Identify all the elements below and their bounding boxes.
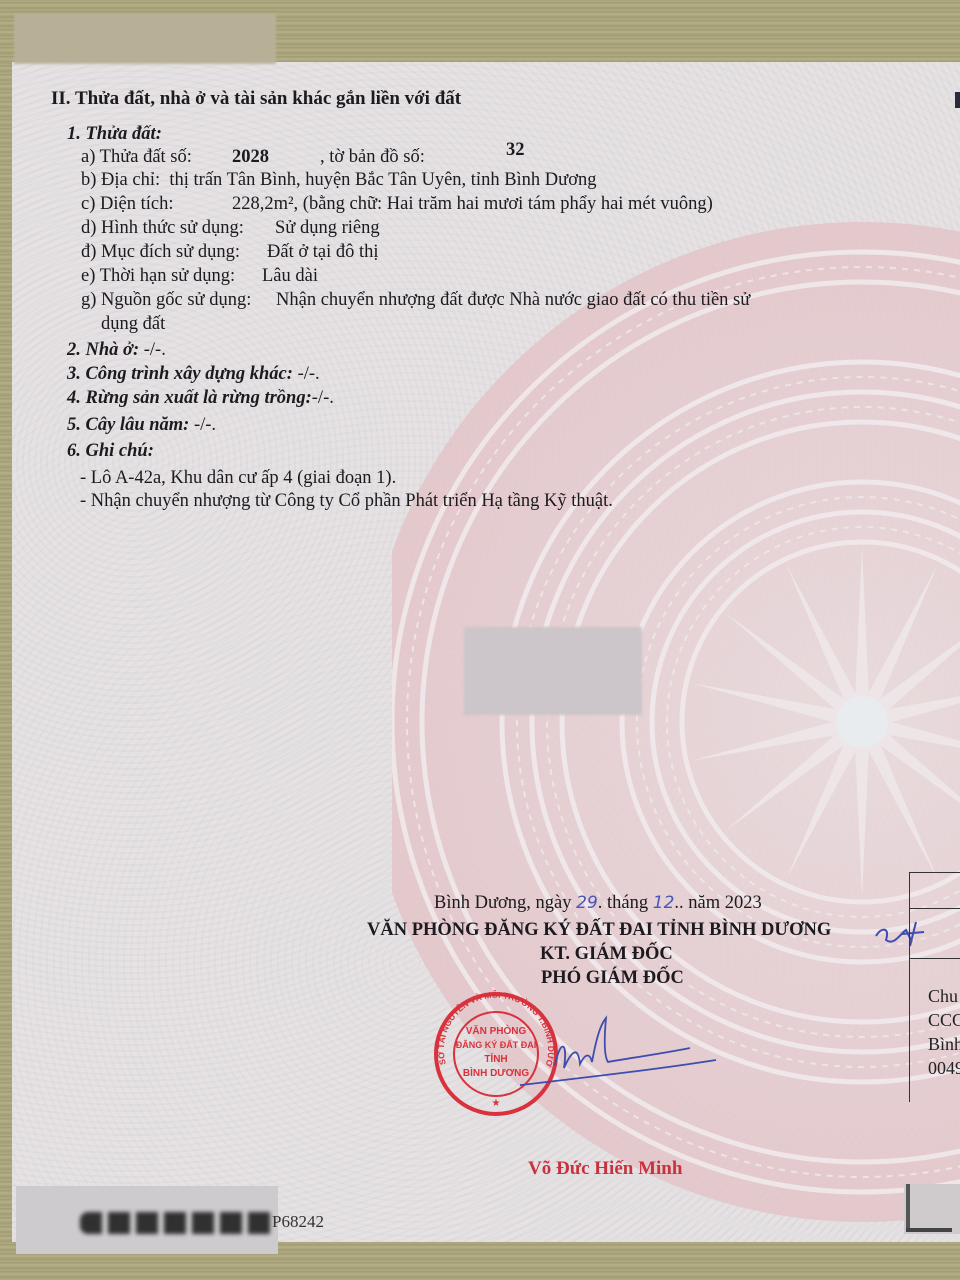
stamp-line: TỈNH bbox=[484, 1052, 507, 1065]
address-value: thị trấn Tân Bình, huyện Bắc Tân Uyên, t… bbox=[169, 170, 596, 190]
parcel-number-value: 2028 bbox=[232, 147, 269, 168]
map-sheet-value: 32 bbox=[506, 140, 525, 161]
forest-label: 4. Rừng sản xuất là rừng trồng: bbox=[67, 388, 312, 408]
stamp-line: VĂN PHÒNG bbox=[466, 1024, 527, 1037]
construction-label: 3. Công trình xây dựng khác: bbox=[67, 364, 293, 384]
trees-value: -/-. bbox=[194, 415, 216, 435]
right-column-table: Chu CCC Bình 0049 bbox=[909, 872, 960, 1102]
right-fragment: Chu bbox=[928, 986, 958, 1007]
forest-row: 4. Rừng sản xuất là rừng trồng:-/-. bbox=[67, 388, 334, 409]
usage-term-label: e) Thời hạn sử dụng: bbox=[81, 266, 235, 287]
area-label: c) Diện tích: bbox=[81, 194, 173, 215]
handwritten-signature bbox=[520, 1010, 720, 1100]
usage-form-label: d) Hình thức sử dụng: bbox=[81, 218, 244, 239]
on-behalf-title: KT. GIÁM ĐỐC bbox=[540, 944, 673, 965]
date-month: 12 bbox=[653, 893, 675, 913]
right-fragment: 0049 bbox=[928, 1058, 960, 1079]
usage-purpose-label: đ) Mục đích sử dụng: bbox=[81, 242, 240, 263]
address-row: b) Địa chỉ: thị trấn Tân Bình, huyện Bắc… bbox=[81, 170, 596, 191]
corner-mark bbox=[906, 1228, 952, 1232]
usage-origin-label: g) Nguồn gốc sử dụng: bbox=[81, 290, 251, 311]
parcel-number-row: a) Thửa đất số: bbox=[81, 147, 192, 168]
right-fragment: CCC bbox=[928, 1010, 960, 1031]
date-year: năm 2023 bbox=[688, 893, 761, 913]
construction-value: -/-. bbox=[298, 364, 320, 384]
right-fragment: Bình bbox=[928, 1034, 960, 1055]
signer-name: Võ Đức Hiến Minh bbox=[528, 1158, 682, 1180]
corner-mark bbox=[906, 1184, 910, 1232]
usage-purpose-value: Đất ở tại đô thị bbox=[267, 242, 379, 263]
parcel-heading: 1. Thửa đất: bbox=[67, 124, 162, 145]
usage-origin-value-line2: dụng đất bbox=[101, 314, 165, 335]
forest-value: -/-. bbox=[312, 388, 334, 408]
table-border bbox=[910, 872, 960, 873]
usage-origin-value-line1: Nhận chuyển nhượng đất được Nhà nước gia… bbox=[276, 290, 750, 311]
table-border bbox=[910, 908, 960, 909]
redacted-serial-text bbox=[80, 1212, 276, 1234]
date-line: Bình Dương, ngày 29. tháng 12.. năm 2023 bbox=[434, 893, 762, 914]
note-item: - Lô A-42a, Khu dân cư ấp 4 (giai đoạn 1… bbox=[80, 468, 396, 489]
date-month-label: tháng bbox=[607, 893, 648, 913]
redacted-corner bbox=[904, 1184, 960, 1234]
serial-number-suffix: P68242 bbox=[272, 1212, 324, 1232]
date-day: 29 bbox=[576, 893, 598, 913]
house-row: 2. Nhà ở: -/-. bbox=[67, 340, 166, 361]
note-item: - Nhận chuyển nhượng từ Công ty Cổ phần … bbox=[80, 491, 613, 512]
table-border bbox=[910, 958, 960, 959]
usage-term-value: Lâu dài bbox=[262, 266, 318, 287]
trees-label: 5. Cây lâu năm: bbox=[67, 415, 189, 435]
trees-row: 5. Cây lâu năm: -/-. bbox=[67, 415, 216, 436]
house-label: 2. Nhà ở: bbox=[67, 340, 139, 360]
address-label: b) Địa chỉ: bbox=[81, 170, 160, 190]
deputy-title: PHÓ GIÁM ĐỐC bbox=[541, 968, 684, 989]
notes-heading: 6. Ghi chú: bbox=[67, 441, 154, 462]
parcel-number-label: a) Thửa đất số: bbox=[81, 147, 192, 167]
usage-form-value: Sử dụng riêng bbox=[275, 218, 380, 239]
star-icon: ★ bbox=[492, 1098, 501, 1109]
map-sheet-label: , tờ bản đồ số: bbox=[320, 147, 425, 168]
section-title: II. Thửa đất, nhà ở và tài sản khác gắn … bbox=[51, 88, 461, 110]
construction-row: 3. Công trình xây dựng khác: -/-. bbox=[67, 364, 320, 385]
area-value: 228,2m², (bằng chữ: Hai trăm hai mươi tá… bbox=[232, 194, 713, 215]
house-value: -/-. bbox=[144, 340, 166, 360]
issuing-office: VĂN PHÒNG ĐĂNG KÝ ĐẤT ĐAI TỈNH BÌNH DƯƠN… bbox=[367, 920, 831, 941]
date-place: Bình Dương, ngày bbox=[434, 893, 572, 913]
